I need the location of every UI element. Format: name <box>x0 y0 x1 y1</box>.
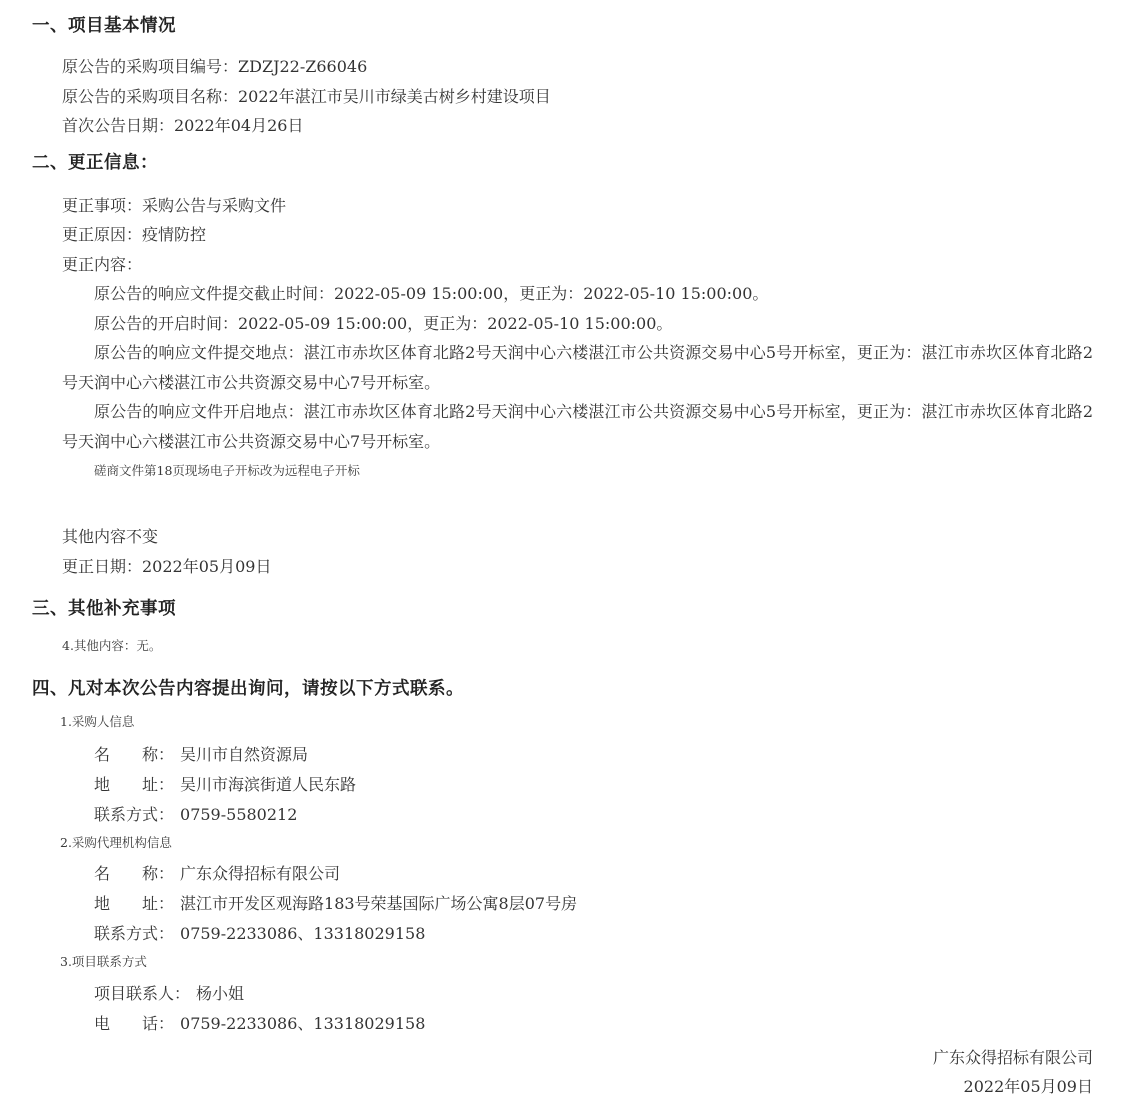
correction-submission-place-paragraph: 原公告的响应文件提交地点：湛江市赤坎区体育北路2号天润中心六楼湛江市公共资源交易… <box>62 338 1093 397</box>
agency-address-row: 地 址：湛江市开发区观海路183号荣基国际广场公寓8层07号房 <box>94 889 1093 919</box>
first-announcement-date: 首次公告日期：2022年04月26日 <box>62 111 1093 141</box>
project-contact-person-value: 杨小姐 <box>190 984 244 1003</box>
correction-content-label: 更正内容： <box>62 250 1093 280</box>
project-contact-title: 3.项目联系方式 <box>60 953 1093 971</box>
other-content-unchanged: 其他内容不变 <box>62 522 1093 552</box>
section4-heading: 四、凡对本次公告内容提出询问，请按以下方式联系。 <box>32 677 1093 701</box>
project-phone-row: 电 话：0759-2233086、13318029158 <box>94 1009 1093 1039</box>
project-contact-person-row: 项目联系人：杨小姐 <box>94 979 1093 1009</box>
agency-contact-row: 联系方式：0759-2233086、13318029158 <box>94 919 1093 949</box>
other-content-note: 4.其他内容：无。 <box>62 637 1093 655</box>
project-contact-person-label: 项目联系人： <box>94 984 190 1003</box>
agency-contact-value: 0759-2233086、13318029158 <box>174 924 425 943</box>
consultation-document-note: 磋商文件第18页现场电子开标改为远程电子开标 <box>94 462 1093 480</box>
purchaser-address-label: 地 址： <box>94 775 174 794</box>
purchaser-name-label: 名 称： <box>94 745 174 764</box>
agency-name-label: 名 称： <box>94 864 174 883</box>
purchaser-address-value: 吴川市海滨街道人民东路 <box>174 775 356 794</box>
agency-name-row: 名 称：广东众得招标有限公司 <box>94 859 1093 889</box>
agency-info-rows: 名 称：广东众得招标有限公司 地 址：湛江市开发区观海路183号荣基国际广场公寓… <box>94 859 1093 949</box>
project-contact-rows: 项目联系人：杨小姐 电 话：0759-2233086、13318029158 <box>94 979 1093 1039</box>
agency-address-label: 地 址： <box>94 894 174 913</box>
original-project-number: 原公告的采购项目编号：ZDZJ22-Z66046 <box>62 52 1093 82</box>
purchaser-contact-value: 0759-5580212 <box>174 805 297 824</box>
correction-opening-time-paragraph: 原公告的开启时间：2022-05-09 15:00:00，更正为：2022-05… <box>62 309 1093 339</box>
correction-deadline-paragraph: 原公告的响应文件提交截止时间：2022-05-09 15:00:00，更正为：2… <box>62 279 1093 309</box>
agency-contact-label: 联系方式： <box>94 924 174 943</box>
correction-date: 更正日期：2022年05月09日 <box>62 552 1093 582</box>
project-phone-value: 0759-2233086、13318029158 <box>174 1014 425 1033</box>
purchaser-info-title: 1.采购人信息 <box>60 713 1093 731</box>
project-phone-label: 电 话： <box>94 1014 174 1033</box>
purchaser-contact-row: 联系方式：0759-5580212 <box>94 800 1093 830</box>
purchaser-name-value: 吴川市自然资源局 <box>174 745 308 764</box>
purchaser-contact-label: 联系方式： <box>94 805 174 824</box>
section3-heading: 三、其他补充事项 <box>32 597 1093 621</box>
correction-reason: 更正原因：疫情防控 <box>62 220 1093 250</box>
signature-company: 广东众得招标有限公司 <box>32 1043 1093 1072</box>
purchaser-name-row: 名 称：吴川市自然资源局 <box>94 740 1093 770</box>
section2-heading: 二、更正信息： <box>32 151 1093 175</box>
correction-opening-place-paragraph: 原公告的响应文件开启地点：湛江市赤坎区体育北路2号天润中心六楼湛江市公共资源交易… <box>62 397 1093 456</box>
section1-heading: 一、项目基本情况 <box>32 14 1093 38</box>
agency-name-value: 广东众得招标有限公司 <box>174 864 340 883</box>
agency-address-value: 湛江市开发区观海路183号荣基国际广场公寓8层07号房 <box>174 894 577 913</box>
correction-notice-document: 一、项目基本情况 原公告的采购项目编号：ZDZJ22-Z66046 原公告的采购… <box>0 0 1121 1117</box>
purchaser-info-rows: 名 称：吴川市自然资源局 地 址：吴川市海滨街道人民东路 联系方式：0759-5… <box>94 740 1093 830</box>
original-project-name: 原公告的采购项目名称：2022年湛江市吴川市绿美古树乡村建设项目 <box>62 82 1093 112</box>
purchaser-address-row: 地 址：吴川市海滨街道人民东路 <box>94 770 1093 800</box>
signature-date: 2022年05月09日 <box>32 1072 1093 1101</box>
agency-info-title: 2.采购代理机构信息 <box>60 834 1093 852</box>
correction-item: 更正事项：采购公告与采购文件 <box>62 191 1093 221</box>
